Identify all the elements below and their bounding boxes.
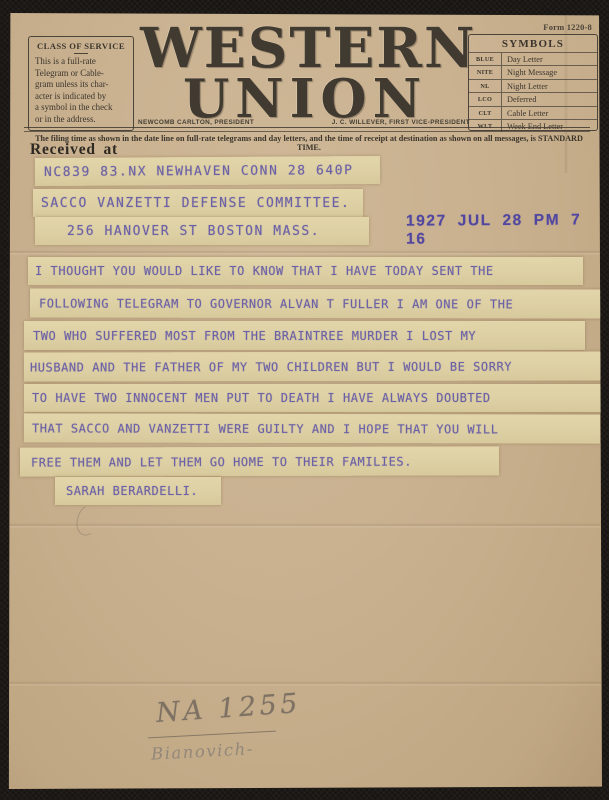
recipient-line-strip: SACCO VANZETTI DEFENSE COMMITTEE. [33, 189, 363, 217]
routing-line-strip: NC839 83.NX NEWHAVEN CONN 28 640P [35, 156, 380, 186]
received-date-stamp: 1927 JUL 28 PM 7 16 [406, 211, 602, 248]
symbol-meaning: Cable Letter [502, 107, 597, 119]
symbols-row: LCO Deferred [469, 92, 597, 105]
symbol-code: NL [469, 80, 502, 92]
symbol-code: CLT [469, 107, 502, 119]
message-line-strip: TO HAVE TWO INNOCENT MEN PUT TO DEATH I … [24, 384, 604, 412]
vice-president-name: J. C. WILLEVER, FIRST VICE-PRESIDENT [332, 119, 470, 126]
class-of-service-box: CLASS OF SERVICE This is a full-rate Tel… [28, 36, 134, 131]
message-line-strip: THAT SACCO AND VANZETTI WERE GUILTY AND … [24, 413, 600, 443]
officers-row: NEWCOMB CARLTON, PRESIDENT J. C. WILLEVE… [138, 119, 470, 126]
message-line-strip: FREE THEM AND LET THEM GO HOME TO THEIR … [20, 446, 499, 476]
name-handwriting: Bianovich- [151, 739, 255, 763]
message-line-strip: TWO WHO SUFFERED MOST FROM THE BRAINTREE… [24, 321, 585, 350]
symbol-meaning: Deferred [502, 93, 597, 105]
divider [74, 53, 88, 54]
signature-strip: SARAH BERARDELLI. [55, 477, 221, 505]
recipient-address-strip: 256 HANOVER ST BOSTON MASS. [35, 217, 369, 245]
handwriting-underline [148, 731, 276, 739]
western-union-logo: WESTERN UNION [140, 23, 470, 125]
catalog-number-handwriting: NA 1255 [155, 688, 302, 729]
message-line-strip: FOLLOWING TELEGRAM TO GOVERNOR ALVAN T F… [30, 288, 609, 318]
class-of-service-title: CLASS OF SERVICE [35, 41, 127, 51]
paper-crease [8, 681, 602, 686]
paper-crease [8, 250, 602, 255]
symbol-code: LCO [469, 93, 502, 105]
message-line-strip: I THOUGHT YOU WOULD LIKE TO KNOW THAT I … [28, 257, 583, 285]
symbols-row: NL Night Letter [469, 79, 597, 92]
symbol-code: BLUE [469, 53, 502, 65]
class-of-service-text: This is a full-rate Telegram or Cable- g… [35, 56, 127, 126]
symbols-row: CLT Cable Letter [469, 106, 597, 119]
symbol-code: NITE [469, 66, 502, 78]
telegram-document: Form 1220-8 CLASS OF SERVICE This is a f… [8, 13, 602, 789]
symbol-meaning: Night Letter [502, 80, 597, 92]
header-divider-rule [24, 127, 590, 132]
symbols-row: BLUE Day Letter [469, 52, 597, 65]
logo-word-western: WESTERN [140, 23, 470, 73]
symbol-meaning: Night Message [502, 66, 597, 78]
symbol-meaning: Day Letter [502, 53, 597, 65]
symbols-row: NITE Night Message [469, 65, 597, 78]
received-at-label: Received at [30, 141, 118, 159]
pencil-mark [73, 501, 104, 538]
message-line-strip: HUSBAND AND THE FATHER OF MY TWO CHILDRE… [24, 351, 609, 381]
logo-word-union: UNION [140, 73, 470, 125]
form-number: Form 1220-8 [543, 22, 592, 32]
president-name: NEWCOMB CARLTON, PRESIDENT [138, 119, 254, 126]
symbols-box: SYMBOLS BLUE Day Letter NITE Night Messa… [468, 34, 598, 131]
symbols-title: SYMBOLS [469, 35, 597, 52]
